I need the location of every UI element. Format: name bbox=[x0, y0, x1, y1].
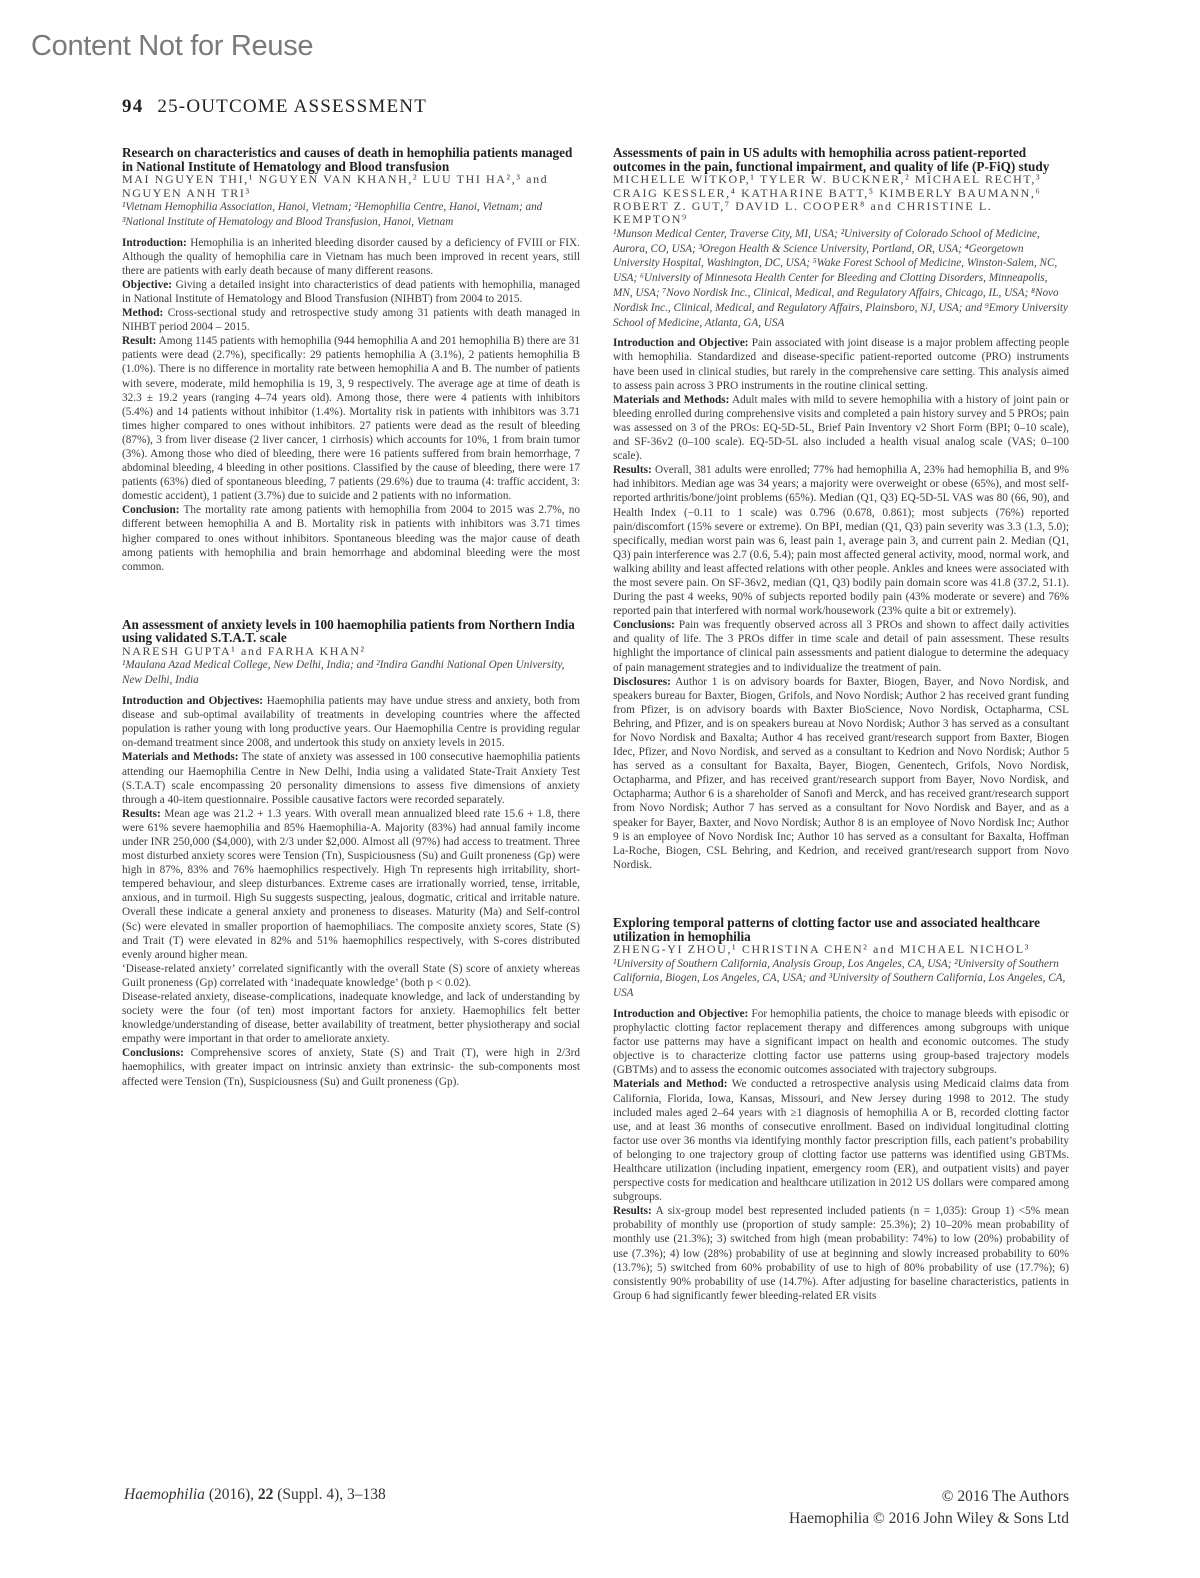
watermark: Content Not for Reuse bbox=[31, 30, 313, 63]
section-text: Author 1 is on advisory boards for Baxte… bbox=[613, 676, 1069, 871]
section-label: Results: bbox=[613, 1205, 652, 1217]
section-text: Giving a detailed insight into character… bbox=[122, 279, 580, 305]
footer-citation: Haemophilia (2016), 22 (Suppl. 4), 3–138 bbox=[124, 1486, 386, 1504]
section-text: The mortality rate among patients with h… bbox=[122, 504, 580, 572]
section-label: Conclusions: bbox=[613, 619, 675, 631]
section-methods: Materials and Method: We conducted a ret… bbox=[613, 1077, 1069, 1204]
section-label: Method: bbox=[122, 307, 163, 319]
section-text: Hemophilia is an inherited bleeding diso… bbox=[122, 237, 580, 277]
abstract-authors: ZHENG-YI ZHOU,¹ CHRISTINA CHEN² and MICH… bbox=[613, 943, 1069, 956]
section-text: Comprehensive scores of anxiety, State (… bbox=[122, 1047, 580, 1087]
section-introduction: Introduction and Objectives: Haemophilia… bbox=[122, 694, 580, 750]
abstract-pain-assessment: Assessments of pain in US adults with he… bbox=[613, 146, 1069, 872]
abstract-authors: NARESH GUPTA¹ and FARHA KHAN² bbox=[122, 645, 580, 658]
section-label: Result: bbox=[122, 335, 156, 347]
abstract-authors: MICHELLE WITKOP,¹ TYLER W. BUCKNER,² MIC… bbox=[613, 173, 1069, 227]
abstract-title: An assessment of anxiety levels in 100 h… bbox=[122, 618, 580, 645]
copyright-authors: © 2016 The Authors bbox=[789, 1486, 1069, 1508]
section-text: Mean age was 21.2 + 1.3 years. With over… bbox=[122, 808, 580, 961]
section-methods: Materials and Methods: Adult males with … bbox=[613, 393, 1069, 463]
section-label: Results: bbox=[613, 464, 652, 476]
section-result: Result: Among 1145 patients with hemophi… bbox=[122, 334, 580, 503]
section-text: Among 1145 patients with hemophilia (944… bbox=[122, 335, 580, 502]
journal-name: Haemophilia bbox=[124, 1486, 205, 1503]
section-text: ‘Disease-related anxiety’ correlated sig… bbox=[122, 963, 580, 989]
abstract-title: Research on characteristics and causes o… bbox=[122, 146, 580, 173]
section-label: Introduction and Objectives: bbox=[122, 695, 263, 707]
section-label: Introduction and Objective: bbox=[613, 337, 749, 349]
copyright-publisher: Haemophilia © 2016 John Wiley & Sons Ltd bbox=[789, 1508, 1069, 1530]
section-results: Results: A six-group model best represen… bbox=[613, 1204, 1069, 1303]
section-conclusions: Conclusions: Comprehensive scores of anx… bbox=[122, 1046, 580, 1088]
abstract-title: Assessments of pain in US adults with he… bbox=[613, 146, 1069, 173]
section-introduction: Introduction and Objective: For hemophil… bbox=[613, 1007, 1069, 1077]
abstract-clotting-factor: Exploring temporal patterns of clotting … bbox=[613, 916, 1069, 1303]
running-head: 9425-OUTCOME ASSESSMENT bbox=[122, 96, 427, 118]
section-text: Cross-sectional study and retrospective … bbox=[122, 307, 580, 333]
abstract-affiliations: ¹University of Southern California, Anal… bbox=[613, 957, 1069, 1001]
section-label: Materials and Methods: bbox=[613, 394, 729, 406]
section-label: Objective: bbox=[122, 279, 172, 291]
right-column: Assessments of pain in US adults with he… bbox=[613, 146, 1069, 1303]
section-disclosures: Disclosures: Author 1 is on advisory boa… bbox=[613, 675, 1069, 872]
section-conclusion: Conclusion: The mortality rate among pat… bbox=[122, 503, 580, 573]
abstract-death-causes: Research on characteristics and causes o… bbox=[122, 146, 580, 574]
section-text: We conducted a retrospective analysis us… bbox=[613, 1078, 1069, 1203]
section-introduction: Introduction: Hemophilia is an inherited… bbox=[122, 236, 580, 278]
citation-pages: (Suppl. 4), 3–138 bbox=[273, 1486, 385, 1503]
abstract-affiliations: ¹Vietnam Hemophilia Association, Hanoi, … bbox=[122, 200, 580, 230]
section-results: Results: Overall, 381 adults were enroll… bbox=[613, 463, 1069, 618]
section-results-correlation: ‘Disease-related anxiety’ correlated sig… bbox=[122, 962, 580, 990]
section-label: Materials and Methods: bbox=[122, 751, 239, 763]
section-title: 25-OUTCOME ASSESSMENT bbox=[157, 96, 427, 117]
abstract-authors: MAI NGUYEN THI,¹ NGUYEN VAN KHANH,² LUU … bbox=[122, 173, 580, 200]
section-label: Introduction: bbox=[122, 237, 187, 249]
abstract-anxiety-levels: An assessment of anxiety levels in 100 h… bbox=[122, 618, 580, 1089]
section-text: A six-group model best represented inclu… bbox=[613, 1205, 1069, 1302]
abstract-affiliations: ¹Maulana Azad Medical College, New Delhi… bbox=[122, 658, 580, 688]
section-label: Disclosures: bbox=[613, 676, 671, 688]
left-column: Research on characteristics and causes o… bbox=[122, 146, 580, 1089]
section-methods: Materials and Methods: The state of anxi… bbox=[122, 750, 580, 806]
abstract-affiliations: ¹Munson Medical Center, Traverse City, M… bbox=[613, 227, 1069, 331]
abstract-title: Exploring temporal patterns of clotting … bbox=[613, 916, 1069, 943]
citation-year: (2016), bbox=[205, 1486, 258, 1503]
footer-copyright: © 2016 The Authors Haemophilia © 2016 Jo… bbox=[789, 1486, 1069, 1530]
section-label: Conclusion: bbox=[122, 504, 180, 516]
section-introduction: Introduction and Objective: Pain associa… bbox=[613, 336, 1069, 392]
page-number: 94 bbox=[122, 96, 143, 117]
section-results: Results: Mean age was 21.2 + 1.3 years. … bbox=[122, 807, 580, 962]
section-label: Conclusions: bbox=[122, 1047, 184, 1059]
section-method: Method: Cross-sectional study and retros… bbox=[122, 306, 580, 334]
section-label: Introduction and Objective: bbox=[613, 1008, 748, 1020]
section-objective: Objective: Giving a detailed insight int… bbox=[122, 278, 580, 306]
section-results-factors: Disease-related anxiety, disease-complic… bbox=[122, 990, 580, 1046]
section-text: Pain was frequently observed across all … bbox=[613, 619, 1069, 673]
section-conclusions: Conclusions: Pain was frequently observe… bbox=[613, 618, 1069, 674]
section-label: Results: bbox=[122, 808, 161, 820]
section-label: Materials and Method: bbox=[613, 1078, 728, 1090]
citation-volume: 22 bbox=[258, 1486, 274, 1503]
section-text: Disease-related anxiety, disease-complic… bbox=[122, 991, 580, 1045]
section-text: Overall, 381 adults were enrolled; 77% h… bbox=[613, 464, 1069, 617]
